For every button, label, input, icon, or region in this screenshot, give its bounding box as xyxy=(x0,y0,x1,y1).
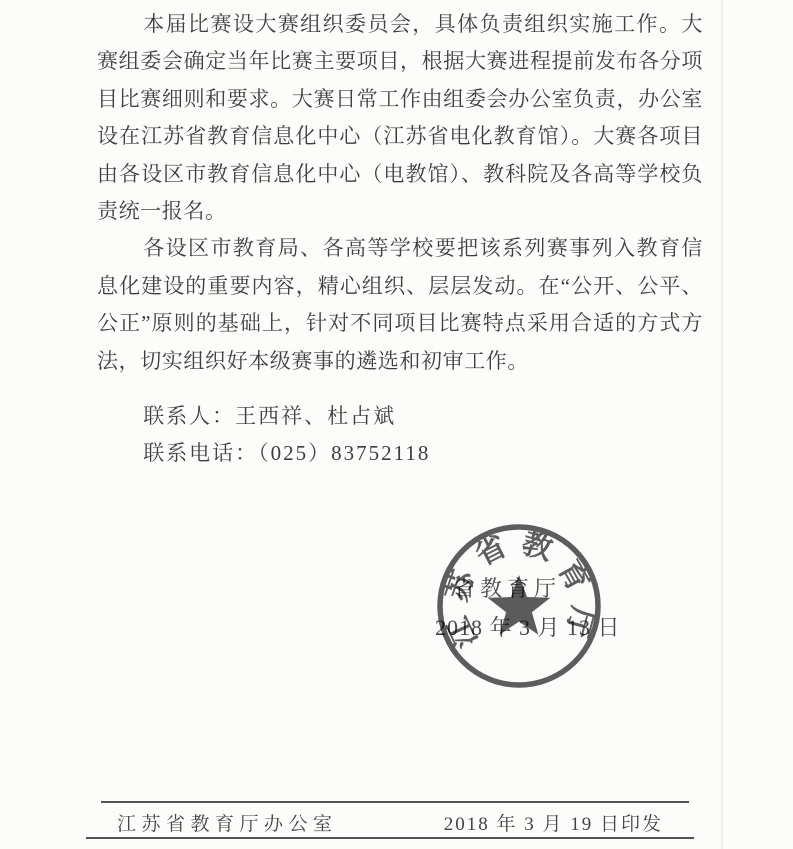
seal-char: 育 xyxy=(551,554,595,597)
contact-phone-line: 联系电话：（025）83752118 xyxy=(97,435,703,472)
seal-char: 江 xyxy=(442,612,485,653)
contact-person-line: 联系人：王西祥、杜占斌 xyxy=(97,398,703,435)
page-fold-line xyxy=(721,0,723,849)
document-body: 本届比赛设大赛组织委员会，具体负责组织实施工作。大赛组委会确定当年比赛主要项目，… xyxy=(97,6,703,473)
seal-char: 厅 xyxy=(559,603,599,641)
seal-char: 省 xyxy=(470,529,512,572)
paragraph-organization: 本届比赛设大赛组织委员会，具体负责组织实施工作。大赛组委会确定当年比赛主要项目，… xyxy=(97,6,703,230)
footer-print-date: 2018 年 3 月 19 日印发 xyxy=(444,809,663,836)
footer-rule-bottom xyxy=(86,837,694,839)
star-icon xyxy=(488,575,551,635)
paragraph-requirements: 各设区市教育局、各高等学校要把该系列赛事列入教育信息化建设的重要内容，精心组织、… xyxy=(97,230,703,380)
scanned-document-page: 本届比赛设大赛组织委员会，具体负责组织实施工作。大赛组委会确定当年比赛主要项目，… xyxy=(0,0,793,849)
contact-block: 联系人：王西祥、杜占斌 联系电话：（025）83752118 xyxy=(97,398,703,473)
official-seal: 江 苏 省 教 育 厅 xyxy=(424,511,614,701)
footer-office: 江苏省教育厅办公室 xyxy=(117,809,338,836)
footer-rule-top xyxy=(101,801,689,803)
